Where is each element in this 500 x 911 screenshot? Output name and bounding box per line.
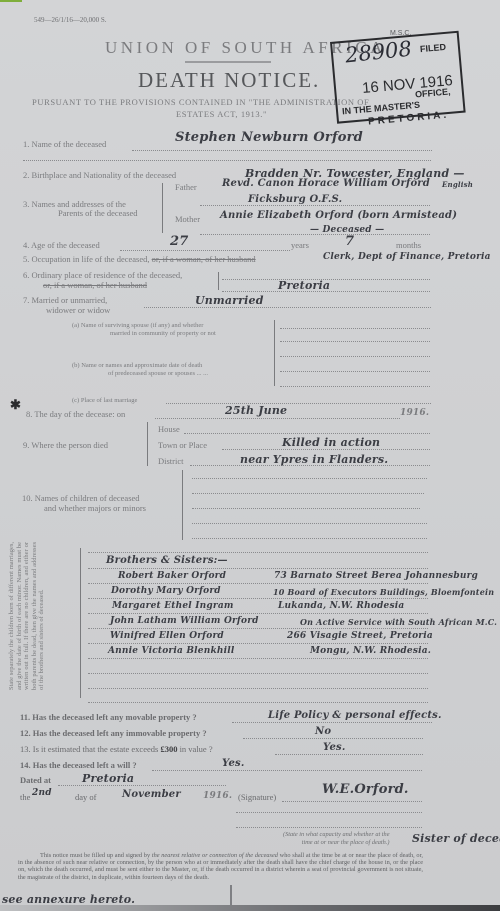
q2-nationality: English <box>442 180 473 189</box>
siblings-line-3 <box>88 598 428 599</box>
q13-amount: £300 <box>160 744 177 754</box>
sibling-address-5: 266 Visagie Street, Pretoria <box>287 631 433 641</box>
q7b-line-2 <box>280 371 430 372</box>
q1-line-2 <box>23 160 431 161</box>
q7b-brace <box>274 352 275 386</box>
sibling-name-6: Annie Victoria Blenkhill <box>108 646 235 656</box>
capacity-line-2 <box>236 827 422 828</box>
q6-label-2: or, if a woman, of her husband <box>43 280 147 290</box>
page-title: DEATH NOTICE. <box>138 68 320 93</box>
capacity-hint: (State in what capacity and whether at t… <box>283 831 390 846</box>
cross-mark-icon: ✱ <box>10 397 21 413</box>
q10-label-2: and whether majors or minors <box>44 503 146 513</box>
sibling-address-2: 10 Board of Executors Buildings, Bloemfo… <box>273 587 494 597</box>
q7-label-2: widower or widow <box>46 305 110 315</box>
siblings-line-7 <box>88 658 428 659</box>
q13-label: 13. Is it estimated that the estate exce… <box>20 744 213 754</box>
footer-notice: This notice must be filled up and signed… <box>18 852 423 881</box>
signature-label: (Signature) <box>238 792 276 802</box>
sibling-address-4: On Active Service with South African M.C… <box>300 617 497 627</box>
signature-value: W.E.Orford. <box>322 782 409 797</box>
q13-label-post: in value ? <box>180 744 213 754</box>
the-label: the <box>20 792 30 802</box>
siblings-line-6 <box>88 643 428 644</box>
q4-years-label: years <box>291 240 309 250</box>
day-of-label: day of <box>75 792 96 802</box>
q1-line <box>132 150 432 151</box>
q4-label: 4. Age of the deceased <box>23 240 100 250</box>
town-line <box>222 449 430 450</box>
capacity-hint-2: time at or near the place of death.) <box>283 839 390 847</box>
top-accent-strip <box>0 0 22 2</box>
father-value: Revd. Canon Horace William Orford <box>222 178 430 189</box>
q10-line-3 <box>192 508 420 509</box>
header-rule <box>185 61 271 63</box>
q7a-line-1 <box>280 328 430 329</box>
q14-value: Yes. <box>222 758 245 769</box>
q4-months-label: months <box>396 240 421 250</box>
q10-brace <box>182 470 183 540</box>
sibling-name-1: Robert Baker Orford <box>118 571 226 581</box>
district-label: District <box>158 456 184 466</box>
q7a-brace <box>274 320 275 356</box>
q5-label: 5. Occupation in life of the deceased, o… <box>23 254 256 264</box>
q6-value: Pretoria <box>278 279 330 292</box>
q7-value: Unmarried <box>195 294 264 307</box>
year-value: 1916. <box>203 791 232 801</box>
q7c-line <box>166 403 431 404</box>
siblings-heading: Brothers & Sisters:— <box>106 555 228 566</box>
q7-line <box>144 307 431 308</box>
sibling-name-2: Dorothy Mary Orford <box>111 586 221 596</box>
district-value: near Ypres in Flanders. <box>240 453 388 466</box>
q11-value: Life Policy & personal effects. <box>268 710 442 721</box>
q10-line-5 <box>192 538 427 539</box>
q3-brace <box>162 183 163 233</box>
capacity-line-1 <box>236 812 422 813</box>
q1-value: Stephen Newburn Orford <box>175 130 363 145</box>
day-value: 2nd <box>32 788 52 798</box>
town-label: Town or Place <box>158 440 207 450</box>
q4-years-line <box>120 250 290 251</box>
q14-label: 14. Has the deceased left a will ? <box>20 760 137 770</box>
siblings-instruction: State separately the children born of di… <box>8 542 84 690</box>
sibling-name-5: Winifred Ellen Orford <box>110 631 224 641</box>
q13-line <box>275 754 423 755</box>
siblings-brace <box>80 548 81 698</box>
q5-value: Clerk, Dept of Finance, Pretoria <box>323 252 491 262</box>
sibling-address-1: 73 Barnato Street Berea Johannesburg <box>274 571 478 581</box>
siblings-line-0 <box>88 552 428 553</box>
q7a-label-2: married in community of property or not <box>110 330 216 337</box>
q2-label: 2. Birthplace and Nationality of the dec… <box>23 170 176 180</box>
siblings-line-9 <box>88 688 428 689</box>
q9-brace <box>147 422 148 466</box>
death-notice-document: 549—26/1/16—20,000 S. UNION OF SOUTH AFR… <box>0 0 500 911</box>
q10-line-4 <box>192 523 427 524</box>
q12-line <box>243 738 423 739</box>
q7b-label-2: of predeceased spouse or spouses ... ... <box>108 370 208 377</box>
q13-label-pre: 13. Is it estimated that the estate exce… <box>20 744 158 754</box>
mother-label: Mother <box>175 214 200 224</box>
sibling-address-6: Mongu, N.W. Rhodesia. <box>310 646 431 656</box>
siblings-line-5 <box>88 628 428 629</box>
siblings-line-1 <box>88 568 428 569</box>
sibling-name-3: Margaret Ethel Ingram <box>112 601 234 611</box>
q8-year: 1916. <box>400 408 429 418</box>
q7b-line-1 <box>280 356 430 357</box>
siblings-line-8 <box>88 673 428 674</box>
siblings-line-10 <box>88 702 428 703</box>
father-label: Father <box>175 182 197 192</box>
subtitle-line-1: PURSUANT TO THE PROVISIONS CONTAINED IN … <box>32 97 369 107</box>
subtitle-line-2: ESTATES ACT, 1913." <box>176 109 267 119</box>
siblings-line-2 <box>88 583 428 584</box>
town-value: Killed in action <box>282 436 380 449</box>
q11-line <box>232 722 432 723</box>
father-address-line <box>200 205 430 206</box>
q14-line <box>152 770 422 771</box>
footer-notice-pre: This notice must be filled up and signed… <box>18 852 152 859</box>
paper-bottom-edge <box>0 905 500 911</box>
sibling-address-3: Lukanda, N.W. Rhodesia <box>278 601 404 611</box>
q13-value: Yes. <box>323 742 346 753</box>
q6-brace <box>218 272 219 290</box>
q5-label-struck: or, if a woman, of her husband <box>152 254 256 264</box>
q11-label: 11. Has the deceased left any movable pr… <box>20 712 197 722</box>
q8-value: 25th June <box>225 404 287 417</box>
house-line <box>184 433 430 434</box>
q8-line <box>155 418 400 419</box>
capacity-hint-1: (State in what capacity and whether at t… <box>283 831 390 839</box>
q3-label-2: Parents of the deceased <box>58 208 138 218</box>
paper-crease <box>230 885 232 907</box>
q7b-label-1: (b) Name or names and approximate date o… <box>72 362 202 369</box>
q7a-line-2 <box>280 341 430 342</box>
dated-at-label: Dated at <box>20 775 51 785</box>
q7b-line-3 <box>280 386 430 387</box>
q12-value: No <box>315 726 331 737</box>
father-address: Ficksburg O.F.S. <box>248 194 342 205</box>
print-reference: 549—26/1/16—20,000 S. <box>34 16 107 24</box>
q5-label-text: 5. Occupation in life of the deceased, <box>23 254 150 264</box>
month-value: November <box>122 789 181 800</box>
q10-line-1 <box>192 478 427 479</box>
q8-label: 8. The day of the decease: on <box>26 409 125 419</box>
q4-years-value: 27 <box>170 234 189 249</box>
dated-at-line <box>58 785 226 786</box>
q9-label: 9. Where the person died <box>23 440 108 450</box>
q12-label: 12. Has the deceased left any immovable … <box>20 728 207 738</box>
q10-label-1: 10. Names of children of deceased <box>22 493 140 503</box>
q7c-label: (c) Place of last marriage <box>72 397 137 404</box>
dated-at-value: Pretoria <box>82 772 134 785</box>
q7a-label-1: (a) Name of surviving spouse (if any) an… <box>72 322 203 329</box>
siblings-line-4 <box>88 613 428 614</box>
signature-line <box>282 801 422 802</box>
house-label: House <box>158 424 180 434</box>
sibling-name-4: John Latham William Orford <box>110 616 259 626</box>
footer-notice-em: the nearest relative or connection of th… <box>152 852 278 859</box>
mother-value: Annie Elizabeth Orford (born Armistead) <box>220 210 457 221</box>
capacity-value: Sister of deceased <box>412 832 500 845</box>
q7-label-1: 7. Married or unmarried, <box>23 295 107 305</box>
q10-line-2 <box>192 493 424 494</box>
q1-label: 1. Name of the deceased <box>23 139 106 149</box>
q4-months-value: 7 <box>345 234 354 249</box>
q6-label-1: 6. Ordinary place of residence of the de… <box>23 270 182 280</box>
